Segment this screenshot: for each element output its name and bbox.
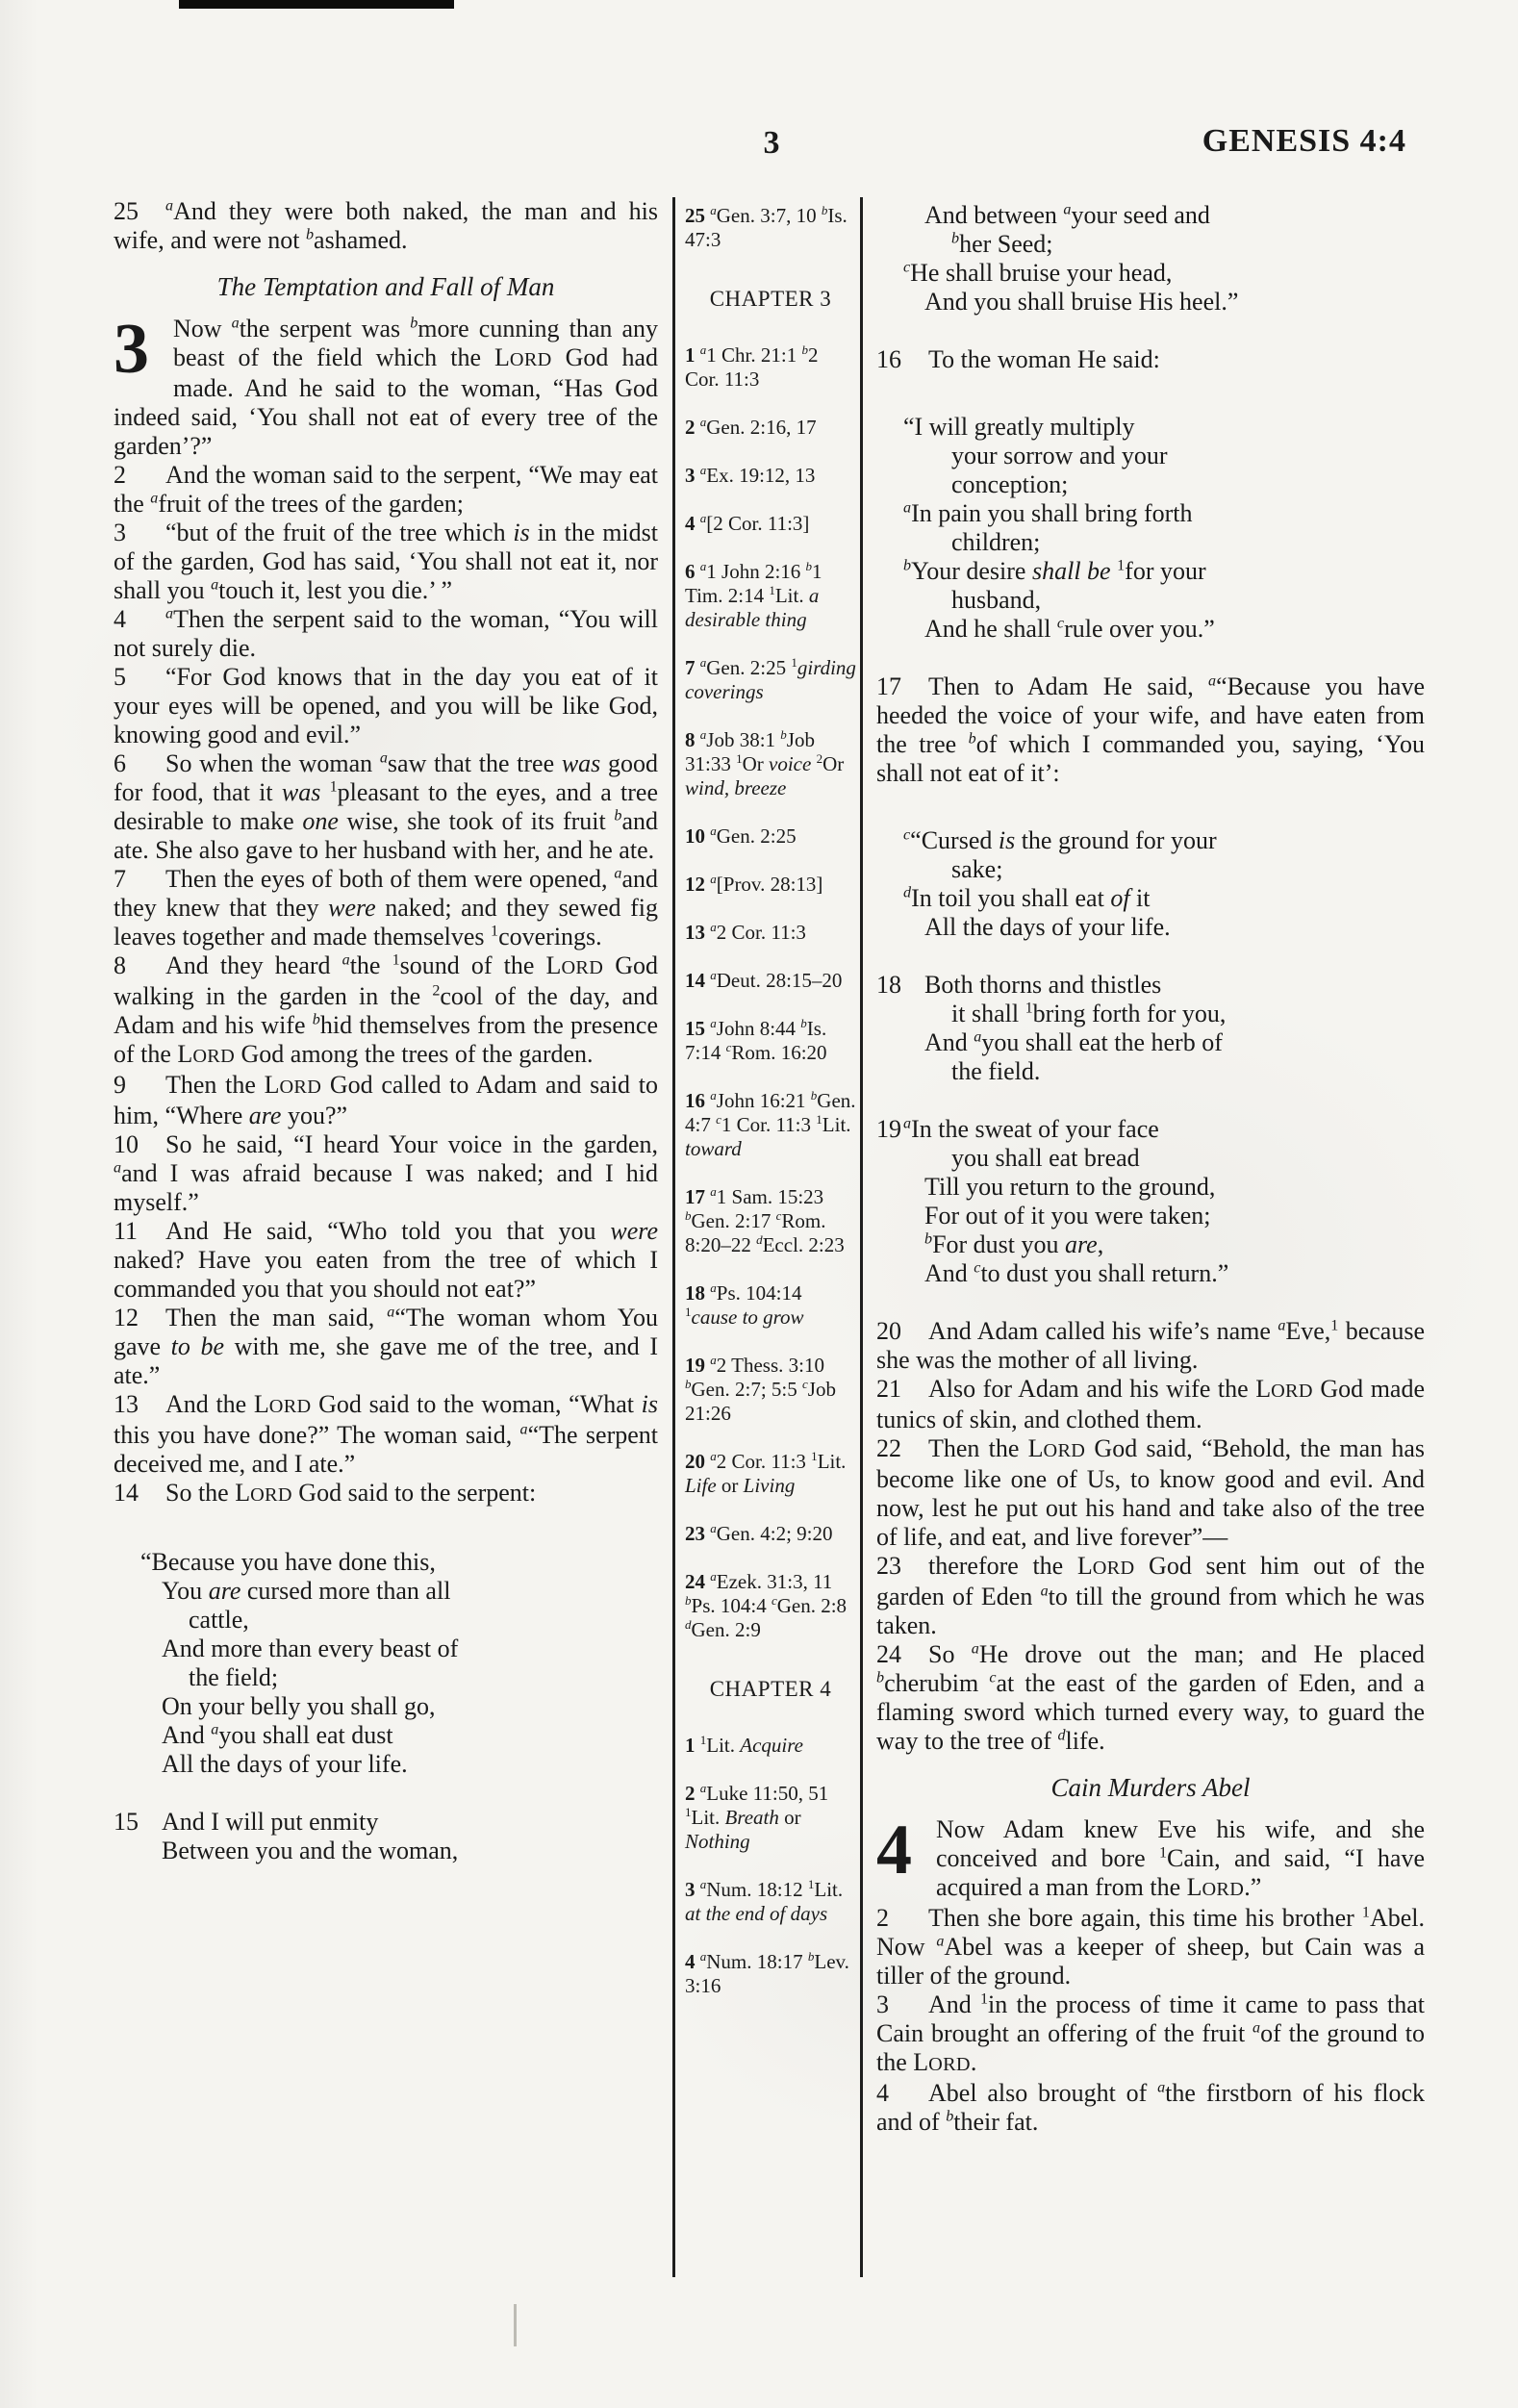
ref-verse-number: 4: [685, 512, 696, 535]
poetry-line: For out of it you were taken;: [924, 1202, 1425, 1230]
note-marker: 1: [736, 751, 743, 766]
verse-number: 9: [114, 1071, 165, 1100]
poetry-line: On your belly you shall go,: [162, 1692, 658, 1721]
verse-paragraph: 11And He said, “Who told you that you we…: [114, 1217, 658, 1304]
cross-reference-note: 12 a[Prov. 28:13]: [685, 873, 856, 897]
poetry-line: c“Cursed is the ground for your: [903, 826, 1425, 855]
note-marker: a: [903, 1115, 911, 1131]
poetry-line: All the days of your life.: [924, 913, 1425, 942]
scan-edge-bar: [179, 0, 454, 9]
verse-number: 24: [876, 1640, 928, 1669]
note-marker: a: [700, 559, 707, 573]
note-marker: b: [806, 559, 813, 573]
verse-number: 5: [114, 663, 165, 692]
column-divider-left: [672, 197, 675, 2277]
note-marker: a: [972, 1640, 979, 1657]
poetry-line: You are cursed more than all: [162, 1577, 658, 1606]
cross-reference-note: 19 a2 Thess. 3:10 bGen. 2:7; 5:5 cJob 21…: [685, 1354, 856, 1426]
note-marker: a: [710, 824, 717, 838]
note-marker: a: [710, 1353, 717, 1367]
verse-paragraph: 22Then the LORD God said, “Behold, the m…: [876, 1434, 1425, 1552]
running-head: GENESIS 4:4: [1202, 123, 1406, 160]
verse-number: 19: [876, 1115, 901, 1144]
note-marker: a: [387, 1304, 394, 1320]
poetry-stanza: 18Both thorns and thistlesit shall 1brin…: [876, 971, 1425, 1086]
note-marker: a: [1041, 1583, 1049, 1599]
small-caps-lord: ORD: [269, 1396, 312, 1417]
note-marker: a: [903, 499, 911, 516]
verse-number: 25: [114, 197, 165, 226]
note-marker: 1: [980, 1990, 988, 2007]
poetry-line: husband,: [951, 586, 1425, 615]
cross-reference-note: 13 a2 Cor. 11:3: [685, 921, 856, 945]
note-marker: b: [614, 807, 621, 824]
poetry-line: your sorrow and your: [951, 442, 1425, 470]
cross-reference-note: 2 aGen. 2:16, 17: [685, 416, 856, 440]
section-heading: Cain Murders Abel: [876, 1773, 1425, 1802]
cross-reference-note: 15 aJohn 8:44 bIs. 7:14 cRom. 16:20: [685, 1017, 856, 1065]
verse-paragraph: 2And the woman said to the serpent, “We …: [114, 461, 658, 519]
poetry-line: “I will greatly multiply: [903, 413, 1425, 442]
note-marker: b: [924, 1230, 932, 1247]
poetry-line: dIn toil you shall eat of it: [903, 884, 1425, 913]
poetry-line: cattle,: [189, 1606, 658, 1635]
ref-verse-number: 2: [685, 1782, 696, 1805]
note-marker: 1: [700, 1733, 707, 1747]
cross-reference-note: 24 aEzek. 31:3, 11 bPs. 104:4 cGen. 2:8 …: [685, 1570, 856, 1642]
chapter-paragraph: 3Now athe serpent was bmore cunning than…: [114, 315, 658, 461]
note-marker: a: [710, 1088, 717, 1103]
verse-number: 16: [876, 345, 928, 374]
poetry-line: And ayou shall eat the herb of: [924, 1028, 1425, 1057]
verse-number: 20: [876, 1317, 928, 1346]
right-text-column: And between ayour seed andbher Seed;cHe …: [876, 197, 1425, 2137]
ref-verse-number: 25: [685, 204, 705, 227]
small-caps-lord: ORD: [1093, 1558, 1135, 1579]
note-marker: b: [685, 1377, 692, 1391]
note-marker: 2: [817, 751, 823, 766]
note-marker: b: [946, 2108, 953, 2124]
note-marker: a: [710, 1449, 717, 1463]
note-marker: a: [700, 727, 707, 742]
poetry-line: And ayou shall eat dust: [162, 1721, 658, 1750]
cross-reference-note: 10 aGen. 2:25: [685, 824, 856, 849]
note-marker: b: [876, 1669, 884, 1686]
note-marker: b: [306, 226, 314, 242]
note-marker: c: [903, 259, 910, 275]
verse-paragraph: 14So the LORD God said to the serpent:: [114, 1479, 658, 1509]
cross-reference-note: 1 1Lit. Acquire: [685, 1734, 856, 1758]
poetry-stanza: “I will greatly multiplyyour sorrow and …: [876, 413, 1425, 644]
note-marker: a: [520, 1421, 528, 1437]
note-marker: a: [700, 1877, 707, 1891]
verse-number: 4: [876, 2079, 928, 2108]
small-caps-lord: ORD: [928, 2054, 971, 2075]
cross-reference-note: 25 aGen. 3:7, 10 bIs. 47:3: [685, 204, 856, 252]
verse-paragraph: 23therefore the LORD God sent him out of…: [876, 1552, 1425, 1640]
note-marker: a: [700, 415, 707, 429]
verse-number: 12: [114, 1304, 165, 1332]
verse-number: 2: [876, 1904, 928, 1933]
poetry-line: And I will put enmity: [162, 1808, 658, 1837]
poetry-stanza: 19aIn the sweat of your faceyou shall ea…: [876, 1115, 1425, 1288]
note-marker: b: [808, 1949, 815, 1964]
cross-reference-note: 17 a1 Sam. 15:23 bGen. 2:17 cRom. 8:20–2…: [685, 1185, 856, 1257]
note-marker: 1: [808, 1877, 815, 1891]
verse-number: 4: [114, 605, 165, 634]
note-marker: d: [1057, 1727, 1065, 1743]
verse-paragraph: 3“but of the fruit of the tree which is …: [114, 519, 658, 605]
note-marker: d: [685, 1617, 692, 1632]
ref-verse-number: 23: [685, 1522, 705, 1545]
poetry-line: the field;: [189, 1663, 658, 1692]
note-marker: d: [756, 1232, 763, 1247]
ref-verse-number: 15: [685, 1017, 705, 1040]
note-marker: a: [974, 1028, 981, 1045]
poetry-line: And more than every beast of: [162, 1635, 658, 1663]
cross-reference-note: 18 aPs. 104:14 1cause to grow: [685, 1281, 856, 1330]
cross-reference-note: 20 a2 Cor. 11:3 1Lit. Life or Living: [685, 1450, 856, 1498]
verse-paragraph: 3And 1in the process of time it came to …: [876, 1990, 1425, 2079]
note-marker: a: [114, 1159, 121, 1176]
ref-verse-number: 20: [685, 1450, 705, 1473]
ref-verse-number: 14: [685, 969, 705, 992]
left-text-column: 25aAnd they were both naked, the man and…: [114, 197, 658, 1865]
note-marker: b: [801, 342, 808, 357]
bible-page: { "header": { "page_number": "3", "book_…: [0, 0, 1518, 2408]
note-marker: c: [776, 1208, 782, 1223]
verse-paragraph: 6So when the woman asaw that the tree wa…: [114, 749, 658, 865]
note-marker: b: [780, 727, 787, 742]
note-marker: 1: [392, 951, 400, 968]
note-marker: 1: [1330, 1317, 1338, 1333]
note-marker: a: [710, 1569, 717, 1584]
note-marker: a: [342, 951, 350, 968]
cross-reference-note: 3 aEx. 19:12, 13: [685, 464, 856, 488]
chapter-heading: CHAPTER 4: [685, 1677, 856, 1701]
small-caps-lord: ORD: [280, 1077, 322, 1098]
cross-reference-column: 25 aGen. 3:7, 10 bIs. 47:3CHAPTER 31 a1 …: [685, 204, 856, 2022]
note-marker: a: [710, 920, 717, 934]
verse-paragraph: 20And Adam called his wife’s name aEve,1…: [876, 1317, 1425, 1375]
note-marker: 1: [491, 923, 498, 939]
verse-paragraph: 9Then the LORD God called to Adam and sa…: [114, 1071, 658, 1130]
verse-paragraph: 10So he said, “I heard Your voice in the…: [114, 1130, 658, 1217]
poetry-line: it shall 1bring forth for you,: [951, 1000, 1425, 1028]
verse-number: 3: [114, 519, 165, 547]
note-marker: b: [903, 557, 911, 573]
ref-verse-number: 12: [685, 873, 705, 896]
verse-paragraph: 8And they heard athe 1sound of the LORD …: [114, 951, 658, 1071]
note-marker: a: [165, 605, 173, 621]
note-marker: a: [710, 1280, 717, 1295]
note-marker: a: [1157, 2079, 1165, 2095]
scan-artifact-mark: [514, 2304, 517, 2346]
note-marker: 1: [1117, 557, 1125, 573]
ref-verse-number: 6: [685, 560, 696, 583]
note-marker: a: [614, 865, 621, 881]
poetry-line: bYour desire shall be 1for your: [903, 557, 1425, 586]
verse-number: 7: [114, 865, 165, 894]
note-marker: 1: [1362, 1904, 1370, 1920]
chapter-paragraph: 4Now Adam knew Eve his wife, and she con…: [876, 1815, 1425, 1904]
verse-paragraph: 4aThen the serpent said to the woman, “Y…: [114, 605, 658, 663]
poetry-line: And you shall bruise His heel.”: [924, 288, 1425, 317]
cross-reference-note: 2 aLuke 11:50, 51 1Lit. Breath or Nothin…: [685, 1782, 856, 1854]
note-marker: c: [802, 1377, 808, 1391]
note-marker: 1: [769, 583, 775, 597]
note-marker: a: [710, 968, 717, 982]
poetry-stanza: c“Cursed is the ground for yoursake;dIn …: [876, 826, 1425, 942]
poetry-line: Between you and the woman,: [162, 1837, 658, 1865]
poetry-line: you shall eat bread: [951, 1144, 1425, 1173]
verse-paragraph: 16To the woman He said:: [876, 345, 1425, 374]
note-marker: a: [700, 655, 707, 670]
column-divider-right: [860, 197, 863, 2277]
note-marker: a: [1252, 2019, 1260, 2036]
cross-reference-note: 8 aJob 38:1 bJob 31:33 1Or voice 2Or win…: [685, 728, 856, 800]
note-marker: b: [313, 1011, 320, 1027]
ref-verse-number: 24: [685, 1570, 705, 1593]
verse-number: 11: [114, 1217, 165, 1246]
cross-reference-note: 4 a[2 Cor. 11:3]: [685, 512, 856, 536]
poetry-line: sake;: [951, 855, 1425, 884]
poetry-line: aIn pain you shall bring forth: [903, 499, 1425, 528]
cross-reference-note: 6 a1 John 2:16 b1 Tim. 2:14 1Lit. a desi…: [685, 560, 856, 632]
ref-verse-number: 19: [685, 1354, 705, 1377]
small-caps-lord: ORD: [250, 1484, 292, 1506]
cross-reference-note: 4 aNum. 18:17 bLev. 3:16: [685, 1950, 856, 1998]
poetry-stanza: 15And I will put enmityBetween you and t…: [114, 1808, 658, 1865]
note-marker: a: [150, 490, 158, 506]
chapter-drop-cap: 3: [114, 320, 164, 378]
verse-number: 10: [114, 1130, 165, 1159]
note-marker: a: [211, 1721, 218, 1737]
note-marker: a: [165, 197, 173, 214]
verse-paragraph: 13And the LORD God said to the woman, “W…: [114, 1390, 658, 1479]
poetry-line: “Because you have done this,: [140, 1548, 658, 1577]
ref-verse-number: 18: [685, 1281, 705, 1305]
cross-reference-note: 16 aJohn 16:21 bGen. 4:7 c1 Cor. 11:3 1L…: [685, 1089, 856, 1161]
poetry-line: All the days of your life.: [162, 1750, 658, 1779]
poetry-line: bher Seed;: [951, 230, 1425, 259]
note-marker: 1: [685, 1805, 692, 1819]
note-marker: c: [989, 1669, 996, 1686]
verse-number: 22: [876, 1434, 928, 1463]
ref-verse-number: 7: [685, 656, 696, 679]
note-marker: a: [700, 463, 707, 477]
ref-verse-number: 17: [685, 1185, 705, 1208]
small-caps-lord: ORD: [1271, 1381, 1313, 1402]
note-marker: 1: [811, 1449, 818, 1463]
note-marker: a: [232, 315, 240, 331]
note-marker: b: [685, 1593, 692, 1608]
verse-number: 13: [114, 1390, 165, 1419]
verse-paragraph: 12Then the man said, a“The woman whom Yo…: [114, 1304, 658, 1390]
verse-number: 8: [114, 951, 165, 980]
note-marker: c: [716, 1112, 721, 1127]
poetry-line: Both thorns and thistles: [924, 971, 1425, 1000]
note-marker: a: [1063, 201, 1071, 217]
note-marker: a: [700, 342, 707, 357]
note-marker: b: [969, 730, 976, 747]
note-marker: a: [700, 1949, 707, 1964]
note-marker: a: [710, 872, 717, 886]
small-caps-lord: ORD: [561, 957, 603, 978]
note-marker: 1: [1159, 1844, 1167, 1861]
note-marker: a: [380, 749, 388, 766]
ref-verse-number: 3: [685, 464, 696, 487]
ref-verse-number: 8: [685, 728, 696, 751]
verse-number: 18: [876, 971, 901, 1000]
small-caps-lord: ORD: [1202, 1879, 1245, 1900]
ref-verse-number: 1: [685, 343, 696, 367]
note-marker: a: [710, 1184, 717, 1199]
note-marker: a: [710, 1521, 717, 1535]
chapter-heading: CHAPTER 3: [685, 287, 856, 311]
verse-paragraph: 25aAnd they were both naked, the man and…: [114, 197, 658, 255]
verse-number: 21: [876, 1375, 928, 1404]
ref-verse-number: 13: [685, 921, 705, 944]
note-marker: a: [700, 1781, 707, 1795]
poetry-line: And cto dust you shall return.”: [924, 1259, 1425, 1288]
small-caps-lord: ORD: [192, 1046, 235, 1067]
verse-number: 2: [114, 461, 165, 490]
note-marker: c: [1057, 615, 1064, 631]
verse-paragraph: 7Then the eyes of both of them were open…: [114, 865, 658, 951]
note-marker: a: [936, 1933, 944, 1949]
note-marker: a: [1208, 672, 1216, 689]
small-caps-lord: ORD: [510, 349, 552, 370]
poetry-line: Till you return to the ground,: [924, 1173, 1425, 1202]
poetry-line: children;: [951, 528, 1425, 557]
note-marker: b: [410, 315, 417, 331]
poetry-line: And between ayour seed and: [924, 201, 1425, 230]
verse-number: 17: [876, 672, 928, 701]
poetry-line: conception;: [951, 470, 1425, 499]
ref-verse-number: 16: [685, 1089, 705, 1112]
ref-verse-number: 4: [685, 1950, 696, 1973]
poetry-stanza: And between ayour seed andbher Seed;cHe …: [876, 201, 1425, 317]
note-marker: c: [772, 1593, 777, 1608]
poetry-line: cHe shall bruise your head,: [903, 259, 1425, 288]
note-marker: b: [800, 1016, 807, 1030]
ref-verse-number: 3: [685, 1878, 696, 1901]
verse-number: 14: [114, 1479, 165, 1508]
verse-paragraph: 5“For God knows that in the day you eat …: [114, 663, 658, 749]
cross-reference-note: 23 aGen. 4:2; 9:20: [685, 1522, 856, 1546]
note-marker: c: [903, 826, 910, 843]
verse-number: 3: [876, 1990, 928, 2019]
verse-number: 23: [876, 1552, 928, 1581]
ref-verse-number: 1: [685, 1734, 696, 1757]
cross-reference-note: 7 aGen. 2:25 1girding coverings: [685, 656, 856, 704]
verse-number: 6: [114, 749, 165, 778]
cross-reference-note: 14 aDeut. 28:15–20: [685, 969, 856, 993]
note-marker: d: [903, 884, 911, 900]
poetry-line: the field.: [951, 1057, 1425, 1086]
note-marker: a: [710, 203, 717, 217]
section-heading: The Temptation and Fall of Man: [114, 272, 658, 301]
note-marker: 1: [1025, 1000, 1033, 1016]
small-caps-lord: ORD: [1044, 1440, 1086, 1461]
note-marker: c: [726, 1040, 732, 1054]
note-marker: a: [710, 1016, 717, 1030]
chapter-drop-cap: 4: [876, 1821, 926, 1879]
verse-number: 15: [114, 1808, 139, 1837]
note-marker: 1: [330, 778, 338, 795]
poetry-line: bFor dust you are,: [924, 1230, 1425, 1259]
note-marker: a: [700, 511, 707, 525]
note-marker: a: [1278, 1317, 1285, 1333]
note-marker: b: [811, 1088, 818, 1103]
ref-verse-number: 10: [685, 824, 705, 848]
verse-paragraph: 17Then to Adam He said, a“Because you ha…: [876, 672, 1425, 788]
note-marker: 1: [816, 1112, 822, 1127]
verse-paragraph: 24So aHe drove out the man; and He place…: [876, 1640, 1425, 1756]
poetry-line: aIn the sweat of your face: [903, 1115, 1425, 1144]
cross-reference-note: 1 a1 Chr. 21:1 b2 Cor. 11:3: [685, 343, 856, 392]
note-marker: 2: [432, 982, 440, 999]
poetry-line: And he shall crule over you.”: [924, 615, 1425, 644]
note-marker: b: [685, 1208, 692, 1223]
verse-paragraph: 4Abel also brought of athe firstborn of …: [876, 2079, 1425, 2137]
cross-reference-note: 3 aNum. 18:12 1Lit. at the end of days: [685, 1878, 856, 1926]
poetry-stanza: “Because you have done this,You are curs…: [114, 1548, 658, 1779]
note-marker: b: [951, 230, 959, 246]
ref-verse-number: 2: [685, 416, 696, 439]
note-marker: c: [974, 1259, 980, 1276]
note-marker: a: [211, 576, 218, 593]
page-number: 3: [687, 125, 856, 162]
verse-paragraph: 2Then she bore again, this time his brot…: [876, 1904, 1425, 1990]
note-marker: b: [822, 203, 828, 217]
verse-paragraph: 21Also for Adam and his wife the LORD Go…: [876, 1375, 1425, 1434]
